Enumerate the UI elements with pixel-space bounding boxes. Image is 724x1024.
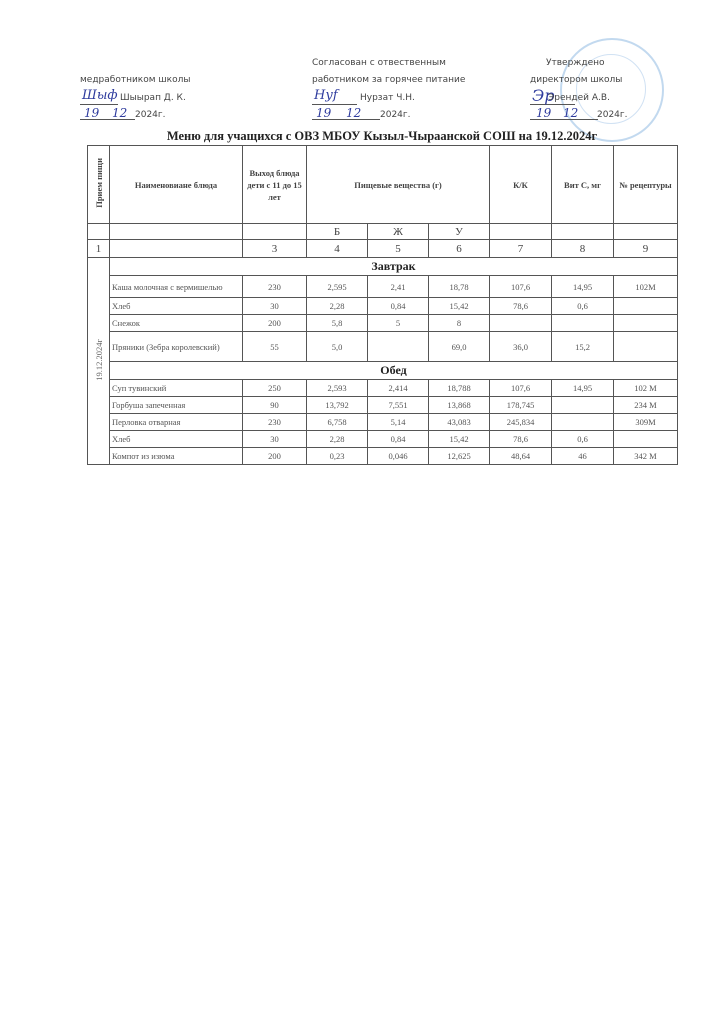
dish-b: 2,595	[307, 276, 368, 298]
dish-u: 43,083	[429, 414, 490, 431]
column-number: 1	[88, 240, 110, 258]
dish-row: Снежок2005,858	[88, 315, 678, 332]
dish-u: 8	[429, 315, 490, 332]
meal-date-cell: 19.12.2024г	[88, 258, 110, 465]
hot-food-name: Нурзат Ч.Н.	[360, 93, 415, 103]
dish-u: 69,0	[429, 332, 490, 362]
director-approval-line1: Утверждено	[546, 58, 605, 68]
dish-vitc	[552, 397, 614, 414]
column-number	[110, 240, 243, 258]
column-number: 7	[490, 240, 552, 258]
dish-kcal: 78,6	[490, 298, 552, 315]
dish-output: 230	[243, 414, 307, 431]
dish-zh: 0,84	[368, 298, 429, 315]
dish-kcal: 107,6	[490, 276, 552, 298]
dish-kcal: 78,6	[490, 431, 552, 448]
dish-output: 230	[243, 276, 307, 298]
hot-food-year: 2024г.	[380, 110, 411, 120]
dish-zh: 5,14	[368, 414, 429, 431]
dish-name: Перловка отварная	[110, 414, 243, 431]
dish-output: 55	[243, 332, 307, 362]
section-title: Завтрак	[110, 258, 678, 276]
director-date-month: 12	[563, 106, 578, 120]
header-dish-name: Наименовиане блюда	[110, 146, 243, 224]
dish-b: 2,28	[307, 298, 368, 315]
hot-food-signature-line	[312, 104, 357, 105]
medic-date-day: 19	[84, 106, 99, 120]
dish-name: Пряники (Зебра королевский)	[110, 332, 243, 362]
dish-name: Хлеб	[110, 298, 243, 315]
hot-food-approval-line1: Согласован с отвественным	[312, 58, 446, 68]
dish-recipe	[614, 431, 678, 448]
dish-vitc	[552, 414, 614, 431]
dish-vitc: 15,2	[552, 332, 614, 362]
dish-zh: 5	[368, 315, 429, 332]
medic-signature: Шыф	[82, 88, 118, 103]
menu-document: Меню для учащихся с ОВЗ МБОУ Кызыл-Чыраа…	[87, 128, 677, 465]
column-number-row: 13456789	[88, 240, 678, 258]
dish-output: 90	[243, 397, 307, 414]
dish-recipe: 309М	[614, 414, 678, 431]
dish-b: 13,792	[307, 397, 368, 414]
dish-name: Снежок	[110, 315, 243, 332]
header-vitc: Вит С, мг	[552, 146, 614, 224]
dish-zh	[368, 332, 429, 362]
header-protein: Б	[307, 224, 368, 240]
dish-vitc: 14,95	[552, 276, 614, 298]
section-row: Обед	[88, 362, 678, 380]
dish-vitc: 0,6	[552, 431, 614, 448]
dish-kcal: 48,64	[490, 448, 552, 465]
dish-name: Компот из изюма	[110, 448, 243, 465]
menu-title: Меню для учащихся с ОВЗ МБОУ Кызыл-Чыраа…	[87, 128, 677, 145]
dish-output: 200	[243, 315, 307, 332]
dish-row: Горбуша запеченная9013,7927,55113,868178…	[88, 397, 678, 414]
section-row: 19.12.2024гЗавтрак	[88, 258, 678, 276]
column-number: 3	[243, 240, 307, 258]
dish-kcal: 107,6	[490, 380, 552, 397]
dish-vitc: 46	[552, 448, 614, 465]
director-date-day: 19	[536, 106, 551, 120]
dish-b: 5,8	[307, 315, 368, 332]
dish-u: 15,42	[429, 431, 490, 448]
dish-kcal	[490, 315, 552, 332]
hot-food-date-day: 19	[316, 106, 331, 120]
header-recipe: № рецептуры	[614, 146, 678, 224]
header-output: Выход блюда дети с 11 до 15 лет	[243, 146, 307, 224]
dish-row: Компот из изюма2000,230,04612,62548,6446…	[88, 448, 678, 465]
dish-zh: 2,414	[368, 380, 429, 397]
dish-recipe	[614, 315, 678, 332]
header-nutrients: Пищевые вещества (г)	[307, 146, 490, 224]
hot-food-signature: Нуf	[314, 88, 338, 103]
dish-name: Суп тувинский	[110, 380, 243, 397]
dish-name: Горбуша запеченная	[110, 397, 243, 414]
dish-name: Хлеб	[110, 431, 243, 448]
column-number: 4	[307, 240, 368, 258]
header-meal: Прием пищи	[88, 146, 110, 224]
dish-kcal: 36,0	[490, 332, 552, 362]
dish-recipe: 102 М	[614, 380, 678, 397]
dish-kcal: 245,834	[490, 414, 552, 431]
dish-recipe: 102М	[614, 276, 678, 298]
section-title: Обед	[110, 362, 678, 380]
column-number: 6	[429, 240, 490, 258]
header-kcal: К/К	[490, 146, 552, 224]
dish-output: 30	[243, 298, 307, 315]
dish-recipe	[614, 298, 678, 315]
medic-year: 2024г.	[135, 110, 166, 120]
dish-vitc: 0,6	[552, 298, 614, 315]
column-number: 8	[552, 240, 614, 258]
dish-recipe	[614, 332, 678, 362]
dish-output: 30	[243, 431, 307, 448]
header-fat: Ж	[368, 224, 429, 240]
menu-table: Прием пищи Наименовиане блюда Выход блюд…	[87, 145, 678, 465]
director-year: 2024г.	[597, 110, 628, 120]
medic-date-month: 12	[112, 106, 127, 120]
dish-zh: 2,41	[368, 276, 429, 298]
medic-role: медработником школы	[80, 75, 190, 85]
dish-b: 2,28	[307, 431, 368, 448]
hot-food-date-month: 12	[346, 106, 361, 120]
column-number: 9	[614, 240, 678, 258]
dish-b: 2,593	[307, 380, 368, 397]
dish-b: 6,758	[307, 414, 368, 431]
dish-row: Перловка отварная2306,7585,1443,083245,8…	[88, 414, 678, 431]
column-number: 5	[368, 240, 429, 258]
dish-output: 200	[243, 448, 307, 465]
header-carbs: У	[429, 224, 490, 240]
dish-vitc: 14,95	[552, 380, 614, 397]
dish-recipe: 342 М	[614, 448, 678, 465]
hot-food-approval-line2: работником за горячее питание	[312, 75, 465, 85]
dish-row: Хлеб302,280,8415,4278,60,6	[88, 298, 678, 315]
dish-b: 0,23	[307, 448, 368, 465]
dish-zh: 0,84	[368, 431, 429, 448]
dish-u: 12,625	[429, 448, 490, 465]
dish-row: Каша молочная с вермишелью2302,5952,4118…	[88, 276, 678, 298]
dish-u: 18,788	[429, 380, 490, 397]
medic-name: Шыырап Д. К.	[120, 93, 186, 103]
dish-output: 250	[243, 380, 307, 397]
header-row: Прием пищи Наименовиане блюда Выход блюд…	[88, 146, 678, 224]
director-name: Эрендей А.В.	[548, 93, 610, 103]
school-stamp	[560, 38, 664, 142]
dish-u: 18,78	[429, 276, 490, 298]
dish-zh: 0,046	[368, 448, 429, 465]
dish-name: Каша молочная с вермишелью	[110, 276, 243, 298]
dish-recipe: 234 М	[614, 397, 678, 414]
dish-row: Пряники (Зебра королевский)555,069,036,0…	[88, 332, 678, 362]
dish-u: 13,868	[429, 397, 490, 414]
medic-signature-line	[80, 104, 118, 105]
dish-zh: 7,551	[368, 397, 429, 414]
dish-u: 15,42	[429, 298, 490, 315]
dish-kcal: 178,745	[490, 397, 552, 414]
dish-row: Хлеб302,280,8415,4278,60,6	[88, 431, 678, 448]
dish-vitc	[552, 315, 614, 332]
nutrient-subheader-row: Б Ж У	[88, 224, 678, 240]
dish-row: Суп тувинский2502,5932,41418,788107,614,…	[88, 380, 678, 397]
dish-b: 5,0	[307, 332, 368, 362]
director-approval-line2: директором школы	[530, 75, 622, 85]
